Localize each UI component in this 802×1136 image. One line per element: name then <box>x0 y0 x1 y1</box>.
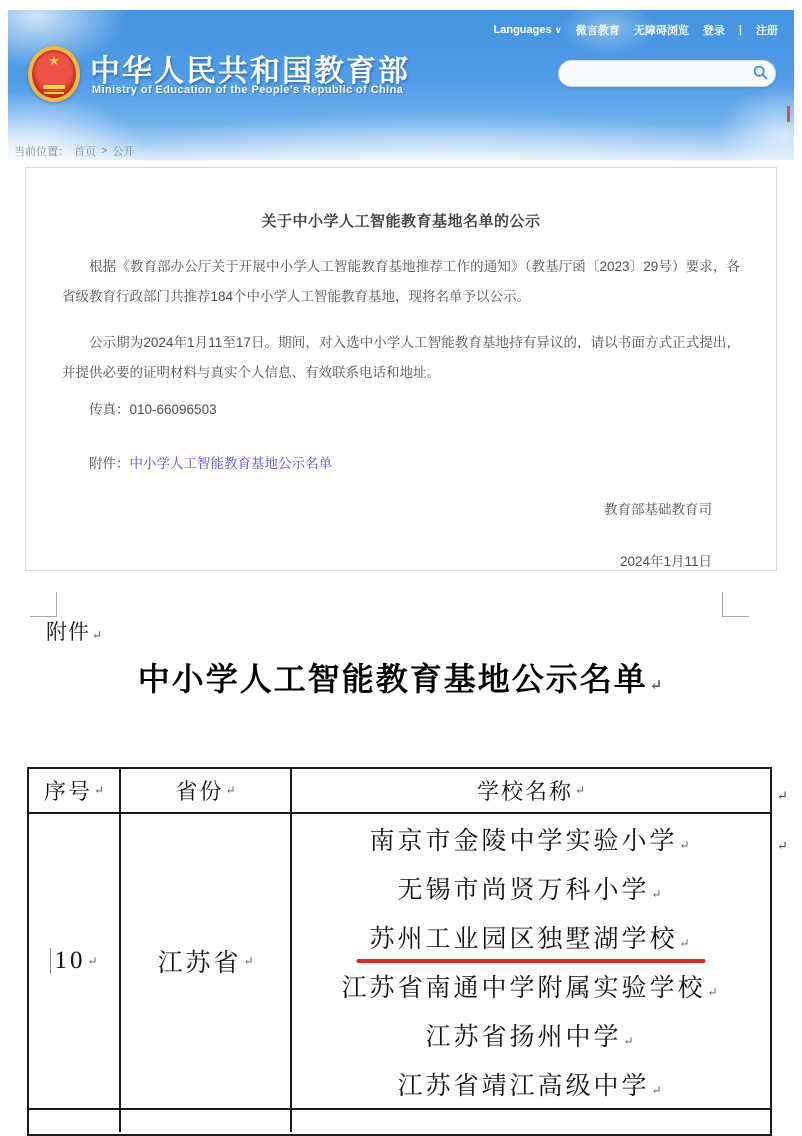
row-number: 10 <box>54 947 85 975</box>
row-end-mark-icon: ↵ <box>777 838 788 854</box>
paragraph-mark-icon: ↵ <box>92 628 103 642</box>
partial-cell <box>29 1110 121 1132</box>
text-cursor <box>50 948 51 974</box>
header-school-text: 学校名称 <box>477 775 573 806</box>
top-nav: Languages ∨ 微言教育 无障碍浏览 登录 | 注册 <box>494 22 778 38</box>
banner-edge-artifact <box>787 106 790 122</box>
header-province-text: 省份 <box>175 775 223 806</box>
partial-cell <box>121 1110 292 1132</box>
school-name-text: 江苏省靖江高级中学 <box>397 1073 649 1100</box>
school-name-text: 江苏省扬州中学 <box>425 1024 621 1051</box>
school-list-item: 苏州工业园区独墅湖学校↵ <box>292 912 770 961</box>
star-icon: ★ <box>48 54 60 67</box>
red-underline-annotation <box>356 959 705 963</box>
chevron-down-icon: ∨ <box>555 25 562 36</box>
school-name: 江苏省南通中学附属实验学校↵ <box>341 968 720 1004</box>
school-name: 江苏省靖江高级中学↵ <box>397 1066 664 1102</box>
breadcrumb-label: 当前位置： <box>14 143 69 159</box>
page-corner-mark-right <box>722 592 749 617</box>
school-name: 无锡市尚贤万科小学↵ <box>397 870 664 906</box>
attachment-doc-title: 中小学人工智能教育基地公示名单↵ <box>0 654 802 700</box>
cell-province: 江苏省↵ <box>121 814 292 1108</box>
languages-menu[interactable]: Languages ∨ <box>494 24 562 36</box>
province-name: 江苏省 <box>157 943 241 979</box>
school-list-item: 江苏省扬州中学↵ <box>292 1010 770 1059</box>
paragraph-mark-icon: ↵ <box>650 678 665 694</box>
nav-divider: | <box>739 24 742 36</box>
search-button[interactable] <box>749 63 771 85</box>
announcement-date: 2024年1月11日 <box>620 550 712 570</box>
paragraph-mark-icon: ↵ <box>707 985 720 999</box>
cell-no: 10↵ <box>29 814 121 1108</box>
school-name: 南京市金陵中学实验小学↵ <box>369 821 692 857</box>
school-name: 江苏省扬州中学↵ <box>425 1017 636 1053</box>
paragraph-mark-icon: ↵ <box>651 1083 664 1097</box>
paragraph-mark-icon: ↵ <box>225 783 235 798</box>
paragraph-mark-icon: ↵ <box>575 783 585 798</box>
languages-label: Languages <box>494 24 552 36</box>
school-name-text: 江苏省南通中学附属实验学校 <box>341 975 705 1002</box>
row-end-mark-icon: ↵ <box>777 788 788 804</box>
signer: 教育部基础教育司 <box>604 498 712 518</box>
attachment-doc-title-text: 中小学人工智能教育基地公示名单 <box>138 661 648 697</box>
nav-link-accessibility[interactable]: 无障碍浏览 <box>634 22 689 38</box>
breadcrumb-separator: > <box>101 145 107 157</box>
header-cell-school: 学校名称↵ <box>292 769 770 812</box>
school-name-highlighted: 苏州工业园区独墅湖学校↵ <box>369 919 692 955</box>
breadcrumb-current[interactable]: 公开 <box>112 143 134 159</box>
attachment-heading: 附件↵ <box>46 616 103 646</box>
national-emblem-logo[interactable]: ★ <box>28 46 80 102</box>
paragraph-mark-icon: ↵ <box>679 936 692 950</box>
paragraph-mark-icon: ↵ <box>651 887 664 901</box>
paragraph-mark-icon: ↵ <box>623 1034 636 1048</box>
schools-table: 序号↵ 省份↵ 学校名称↵ 10↵ 江苏省↵ 南京市金陵中学实验小学↵ 无锡市尚… <box>27 767 772 1136</box>
header-no-text: 序号 <box>44 775 92 806</box>
fax-label: 传真： <box>89 402 130 417</box>
announcement-title: 关于中小学人工智能教育基地名单的公示 <box>26 210 776 231</box>
table-partial-row <box>29 1110 770 1132</box>
partial-cell <box>292 1110 770 1132</box>
register-link[interactable]: 注册 <box>756 22 778 38</box>
table-row: 10↵ 江苏省↵ 南京市金陵中学实验小学↵ 无锡市尚贤万科小学↵ 苏州工业园区独… <box>29 814 770 1110</box>
school-list-item: 南京市金陵中学实验小学↵ <box>292 814 770 863</box>
breadcrumb: 当前位置： 首页 > 公开 <box>14 143 134 159</box>
school-name-text: 苏州工业园区独墅湖学校 <box>369 926 677 953</box>
announcement-card: 关于中小学人工智能教育基地名单的公示 根据《教育部办公厅关于开展中小学人工智能教… <box>25 167 777 571</box>
announcement-paragraph-1: 根据《教育部办公厅关于开展中小学人工智能教育基地推荐工作的通知》（教基厅函〔20… <box>62 252 740 312</box>
announcement-paragraph-2: 公示期为2024年1月11至17日。期间，对入选中小学人工智能教育基地持有异议的… <box>62 328 740 388</box>
search-input[interactable] <box>559 61 749 86</box>
school-list-item: 江苏省南通中学附属实验学校↵ <box>292 961 770 1010</box>
site-banner: Languages ∨ 微言教育 无障碍浏览 登录 | 注册 ★ 中华人民共和国… <box>8 10 794 160</box>
header-cell-no: 序号↵ <box>29 769 121 812</box>
fax-line: 传真：010-66096503 <box>62 398 217 418</box>
attachment-line: 附件：中小学人工智能教育基地公示名单 <box>62 452 332 472</box>
school-name-text: 南京市金陵中学实验小学 <box>369 828 677 855</box>
nav-link-weiyan[interactable]: 微言教育 <box>576 22 620 38</box>
search-icon <box>753 65 768 83</box>
paragraph-mark-icon: ↵ <box>679 838 692 852</box>
school-name-text: 无锡市尚贤万科小学 <box>397 877 649 904</box>
table-header-row: 序号↵ 省份↵ 学校名称↵ <box>29 769 770 814</box>
school-list-item: 无锡市尚贤万科小学↵ <box>292 863 770 912</box>
fax-number: 010-66096503 <box>130 402 217 417</box>
site-subtitle: Ministry of Education of the People's Re… <box>92 84 403 96</box>
search-bar[interactable] <box>558 60 776 87</box>
paragraph-mark-icon: ↵ <box>94 783 104 798</box>
paragraph-mark-icon: ↵ <box>87 954 97 969</box>
page-corner-mark-left <box>30 592 57 617</box>
cell-schools: 南京市金陵中学实验小学↵ 无锡市尚贤万科小学↵ 苏州工业园区独墅湖学校↵ 江苏省… <box>292 814 770 1108</box>
attachment-link[interactable]: 中小学人工智能教育基地公示名单 <box>130 456 333 471</box>
attachment-label: 附件： <box>89 456 130 471</box>
breadcrumb-home-link[interactable]: 首页 <box>74 143 96 159</box>
school-list-item: 江苏省靖江高级中学↵ <box>292 1059 770 1108</box>
login-link[interactable]: 登录 <box>703 22 725 38</box>
header-cell-province: 省份↵ <box>121 769 292 812</box>
paragraph-mark-icon: ↵ <box>243 954 253 969</box>
attachment-heading-text: 附件 <box>46 620 90 644</box>
gate-icon <box>43 85 65 89</box>
